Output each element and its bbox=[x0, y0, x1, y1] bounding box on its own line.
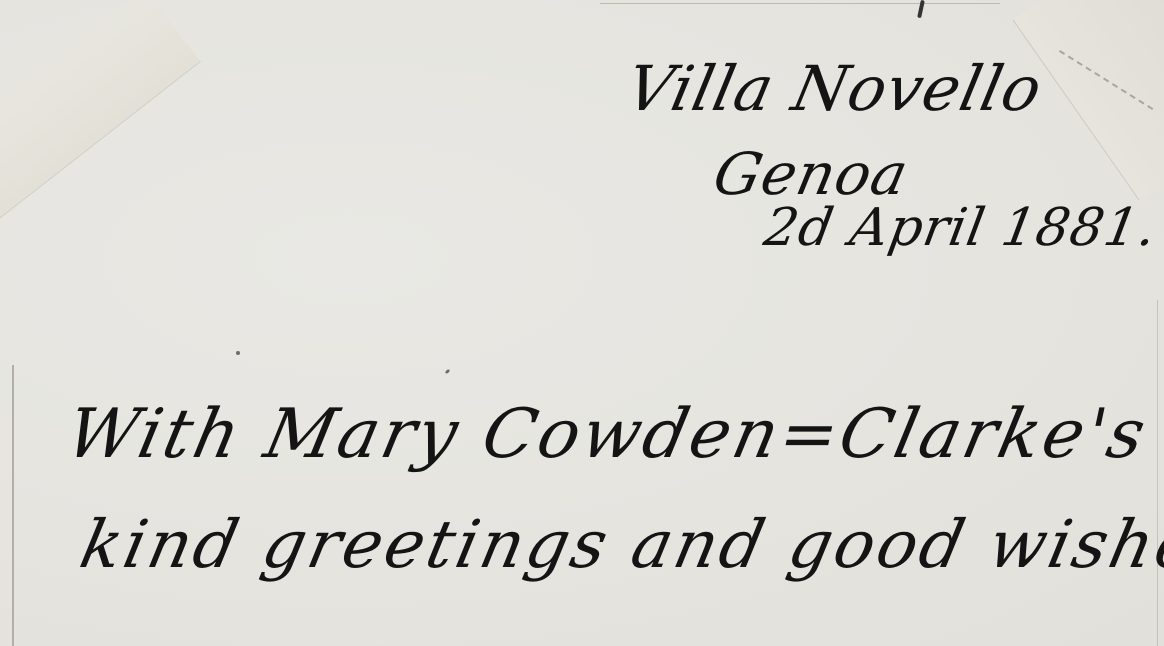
body-line-1: With Mary Cowden=Clarke's bbox=[60, 395, 1155, 474]
paper-top-edge bbox=[600, 3, 1000, 4]
letter-page: Villa Novello Genoa 2d April 1881. With … bbox=[0, 0, 1164, 646]
paper-left-edge bbox=[12, 365, 14, 646]
paper-right-edge bbox=[1157, 300, 1158, 646]
ink-speck bbox=[236, 351, 240, 355]
heading-date: 2d April 1881. bbox=[760, 198, 1162, 258]
ink-speck bbox=[445, 369, 451, 375]
paper-tape-left bbox=[0, 0, 201, 222]
heading-place: Villa Novello bbox=[620, 52, 1049, 125]
body-line-2: kind greetings and good wishes. bbox=[74, 506, 1164, 583]
